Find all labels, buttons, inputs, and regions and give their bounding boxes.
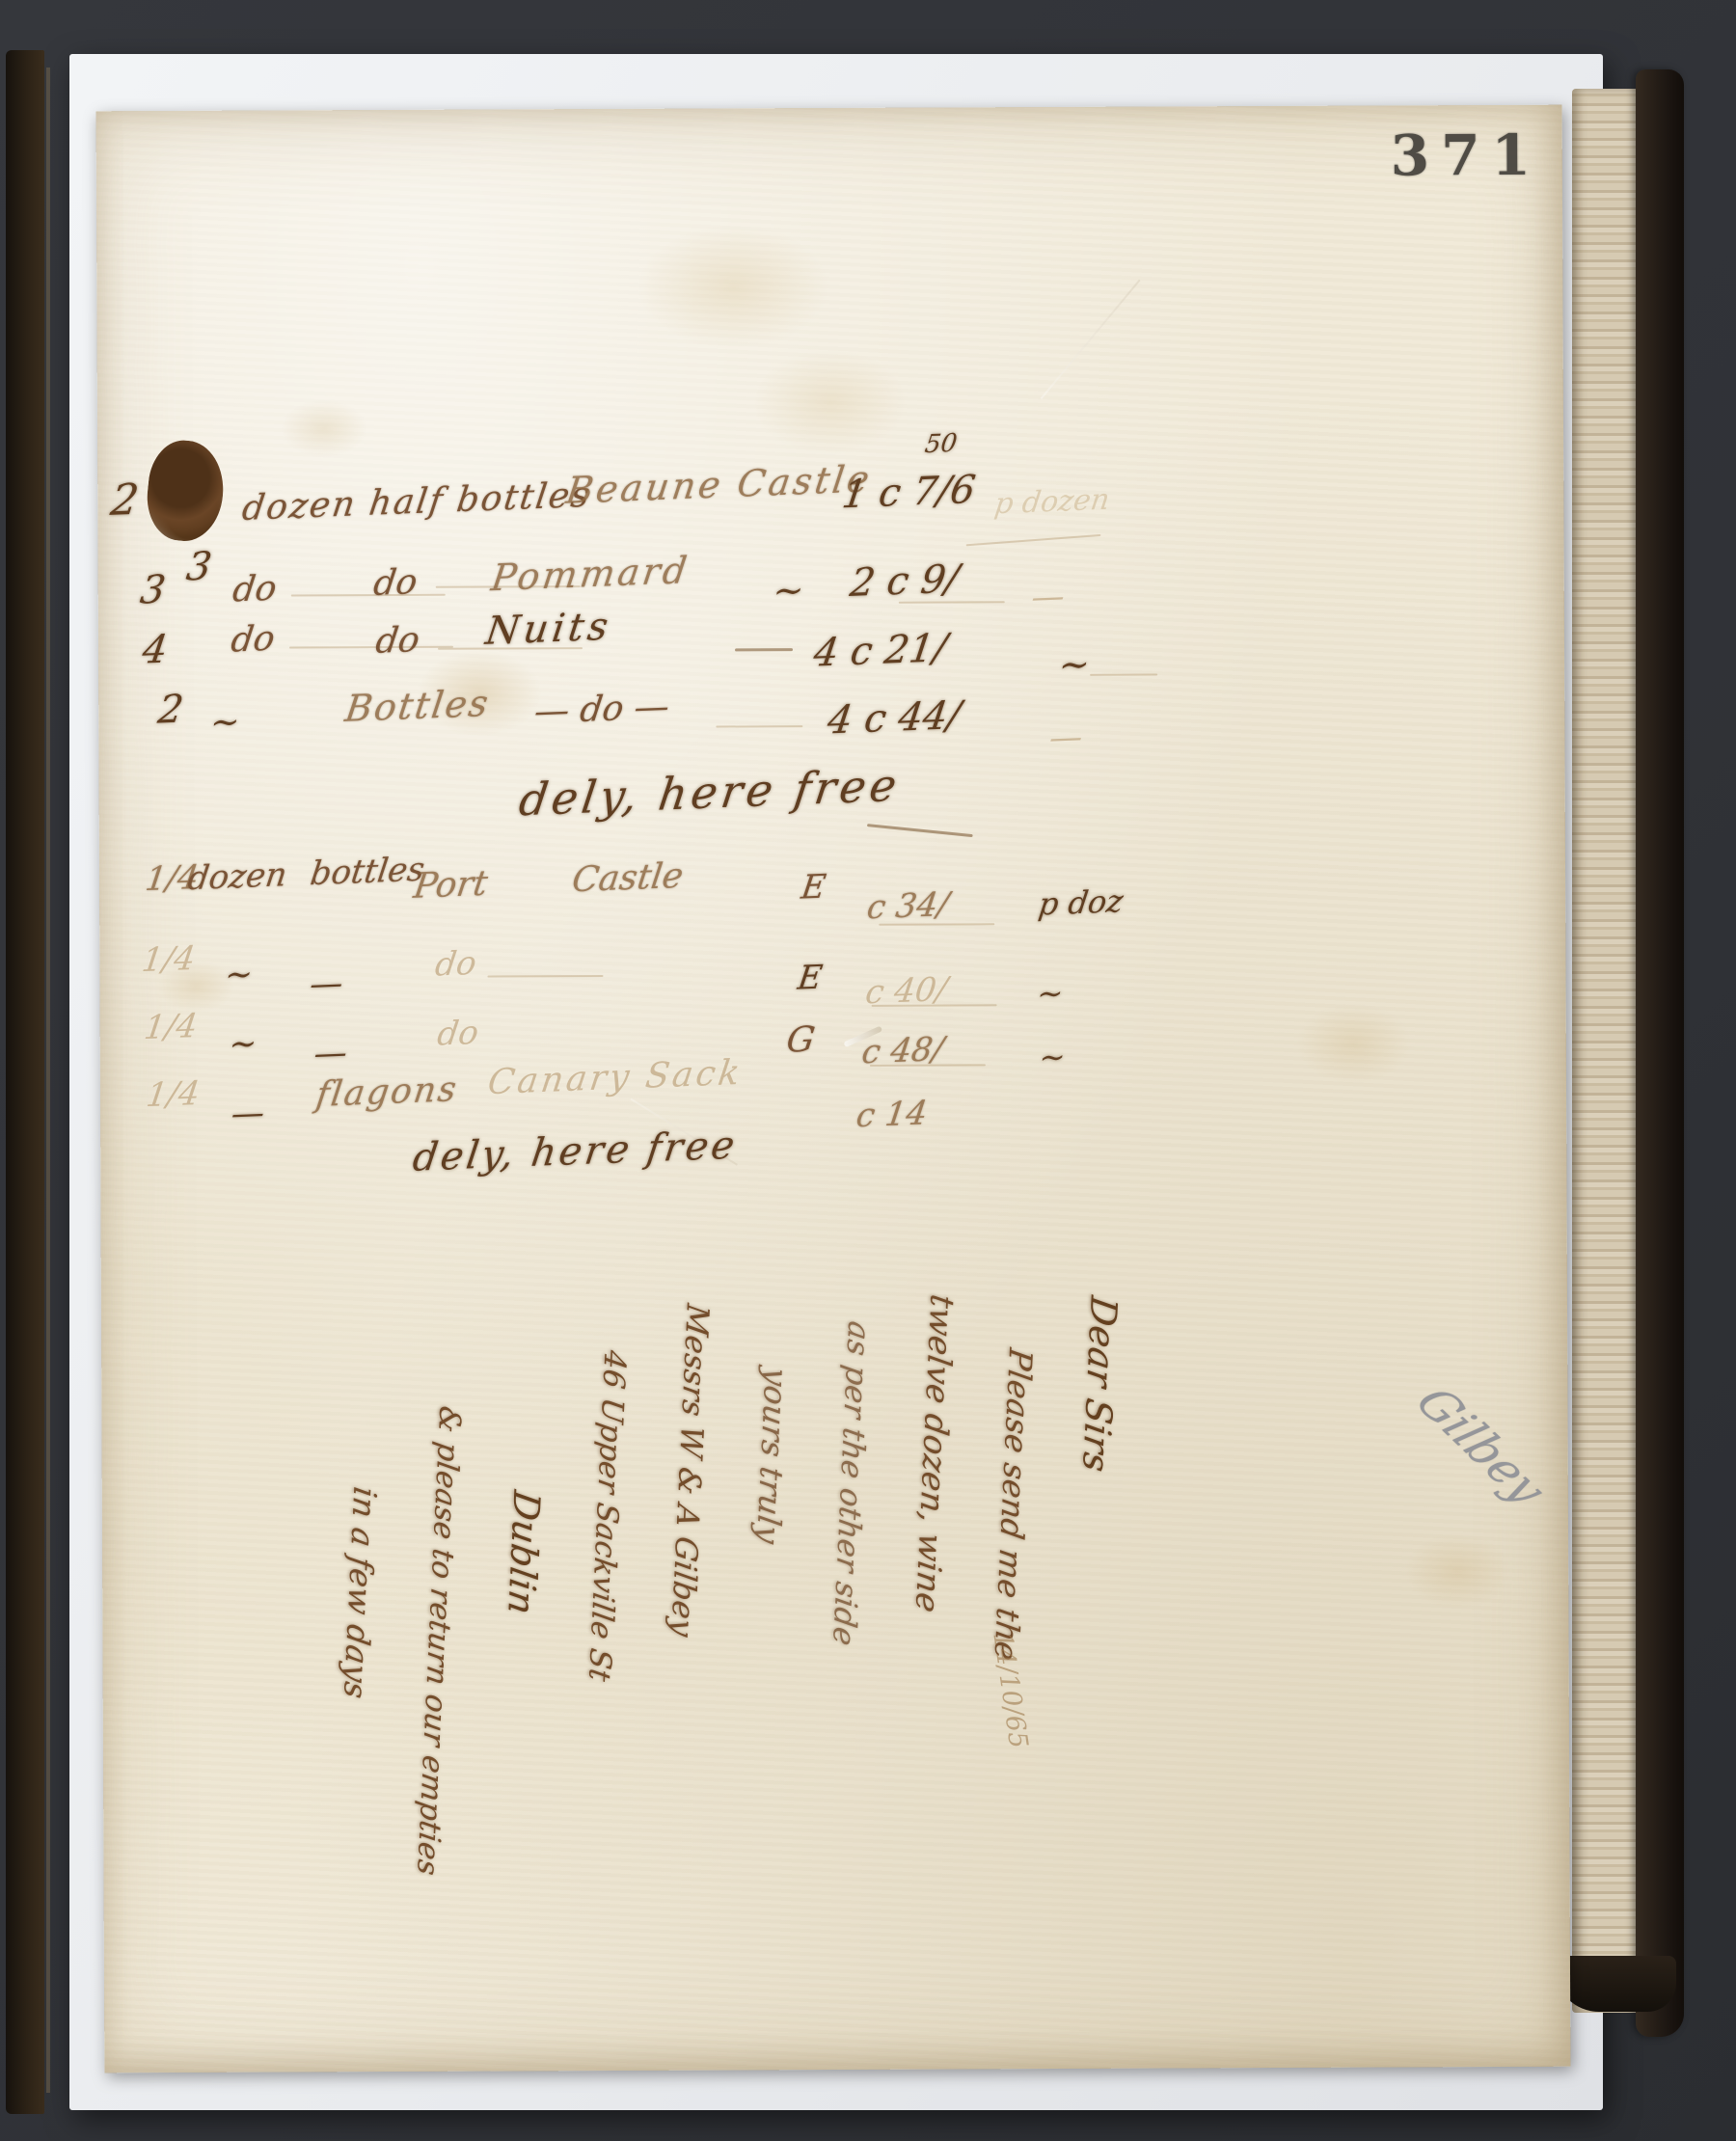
folio-number-stamp: 371 bbox=[1391, 122, 1542, 189]
delivery-note: dely, here free bbox=[410, 1123, 740, 1179]
ink-flourish bbox=[867, 824, 973, 837]
guide-line bbox=[899, 601, 1005, 603]
per-unit: — bbox=[1029, 577, 1067, 617]
qty-value: 3 bbox=[138, 567, 169, 612]
pencil-signature: Gilbey bbox=[1404, 1378, 1559, 1513]
squiggle: ~ bbox=[771, 568, 807, 612]
ditto: do bbox=[373, 620, 421, 662]
ink-dash: — bbox=[308, 964, 345, 1005]
squiggle: ~ bbox=[208, 702, 243, 743]
item-desc: Bottles bbox=[342, 682, 492, 730]
qty-value: 1/4 bbox=[144, 1074, 202, 1115]
squiggle: ~ bbox=[227, 1024, 259, 1064]
guide-line bbox=[870, 1064, 986, 1067]
ditto: — do — bbox=[532, 687, 672, 732]
item-desc: dozen half bottles bbox=[240, 475, 594, 528]
paper-stain bbox=[281, 399, 367, 457]
ditto: do bbox=[371, 562, 420, 604]
wine-name: Nuits bbox=[483, 605, 614, 654]
guide-line bbox=[872, 1004, 997, 1007]
qty-value: 4 bbox=[140, 627, 171, 672]
wine-name: Beaune Castle bbox=[563, 457, 875, 512]
wine-name: Pommard bbox=[489, 549, 692, 599]
leather-cover-corner bbox=[1555, 1956, 1676, 2012]
per-unit: p dozen bbox=[992, 483, 1112, 522]
book-fore-edge-pages bbox=[1572, 89, 1638, 2013]
price-value: c 34/ bbox=[864, 885, 951, 928]
paper-stain bbox=[637, 224, 830, 350]
price-superscript: 50 bbox=[923, 429, 959, 459]
grade-letter: G bbox=[784, 1019, 817, 1060]
price-value: c 14 bbox=[854, 1094, 930, 1135]
guide-line bbox=[716, 725, 802, 727]
guide-line bbox=[291, 594, 446, 597]
guide-line bbox=[966, 534, 1101, 546]
qty-value: 2 bbox=[155, 687, 186, 732]
per-unit: — bbox=[1047, 718, 1085, 758]
wine-name: Canary Sack bbox=[485, 1053, 745, 1103]
qty-value: 2 bbox=[108, 474, 142, 525]
grade-letter: E bbox=[799, 867, 827, 907]
price-value: 4 c 44/ bbox=[825, 693, 963, 744]
delivery-note: dely, here free bbox=[516, 759, 904, 827]
leather-cover-edge bbox=[1636, 69, 1684, 2037]
ditto: do bbox=[435, 1014, 481, 1054]
per-unit: ~ bbox=[1035, 974, 1066, 1012]
paper-stain bbox=[753, 349, 908, 456]
grade-letter: E bbox=[796, 958, 825, 997]
price-value: 2 c 9/ bbox=[848, 556, 962, 606]
per-unit: ~ bbox=[1056, 642, 1093, 687]
item-desc: dozen bottles bbox=[185, 850, 426, 898]
paper-stain bbox=[1404, 1532, 1510, 1610]
guide-line bbox=[289, 646, 453, 649]
ink-blot bbox=[143, 437, 228, 544]
squiggle: ~ bbox=[223, 955, 256, 994]
ditto: do bbox=[229, 619, 277, 661]
ditto: do bbox=[433, 944, 479, 985]
qty-value: 1/4 bbox=[142, 1007, 200, 1047]
paper-stain bbox=[1296, 1002, 1412, 1085]
item-desc: flagons bbox=[313, 1070, 460, 1115]
per-unit: p doz bbox=[1037, 882, 1126, 923]
ink-dash: — bbox=[229, 1094, 266, 1134]
book-spine-edge bbox=[6, 50, 44, 2114]
per-unit: ~ bbox=[1037, 1038, 1068, 1075]
ink-dash: — bbox=[312, 1033, 349, 1073]
paper-crease bbox=[1041, 280, 1141, 399]
price-value: 1 c 7/6 bbox=[839, 468, 978, 518]
qty-value: 1/4 bbox=[140, 939, 198, 980]
guide-line bbox=[879, 923, 994, 926]
manuscript-page: 371 2 3 dozen half bottles Beaune Castle… bbox=[96, 105, 1571, 2073]
qty-correction: 3 bbox=[183, 544, 214, 589]
guide-line bbox=[1090, 674, 1157, 676]
ink-dash bbox=[735, 648, 793, 651]
guide-line bbox=[487, 975, 603, 978]
page-gutter-edge bbox=[46, 68, 50, 2093]
photograph-of-ledger-page: 371 2 3 dozen half bottles Beaune Castle… bbox=[0, 0, 1736, 2141]
wine-name: Port Castle bbox=[411, 856, 686, 907]
ditto: do bbox=[231, 569, 279, 610]
price-value: 4 c 21/ bbox=[811, 626, 950, 676]
